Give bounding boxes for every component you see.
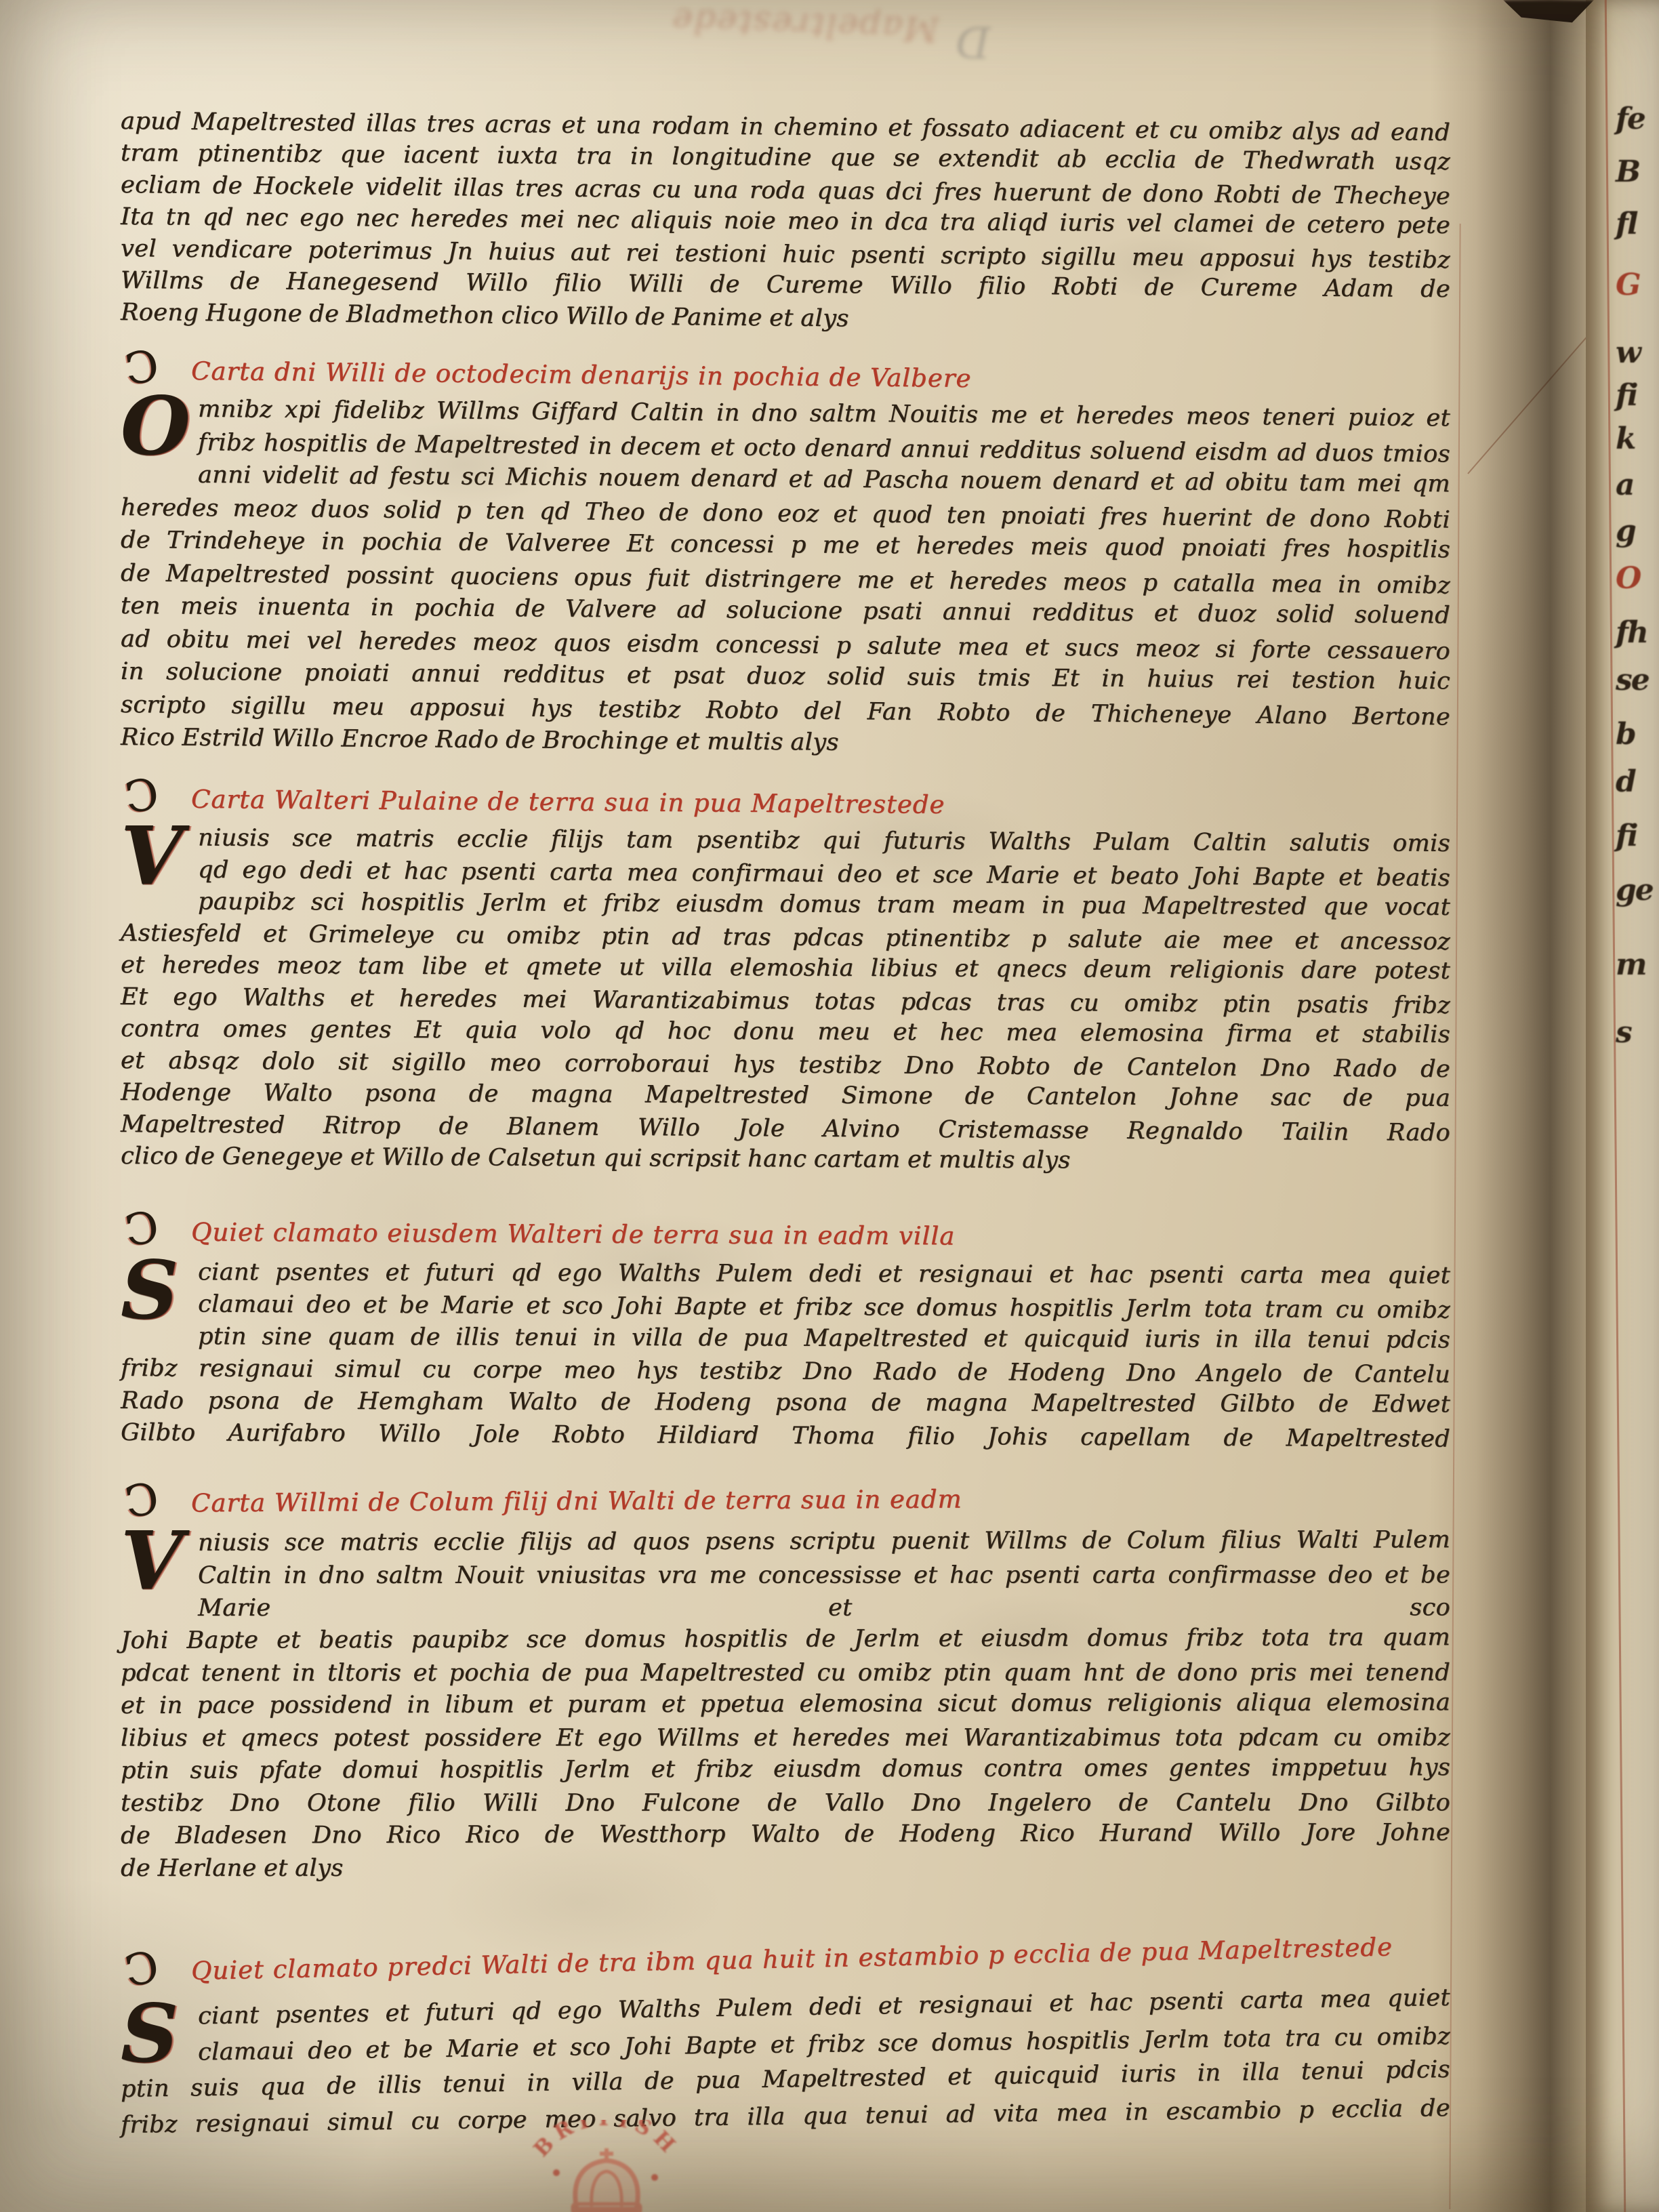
section-lines: apud Mapeltrested illas tres acras et un…: [121, 106, 1450, 329]
facing-page-text-fragment: k: [1616, 422, 1635, 456]
facing-page-text-fragment: G: [1616, 268, 1640, 302]
manuscript-photo: { "page": { "kind": "medieval cartulary …: [0, 0, 1659, 2212]
facing-page-text-fragment: a: [1616, 468, 1634, 502]
charter-section-carta-willi-de-octodecim: CCarta dni Willi de octodecim denarijs i…: [121, 353, 1450, 754]
section-lines: Sciant psentes et futuri qd ego Walths P…: [121, 2000, 1450, 2144]
paraph-icon: C: [122, 773, 161, 819]
facing-page-text-fragment: d: [1616, 764, 1635, 799]
facing-page-text-fragment: b: [1616, 717, 1635, 752]
body-line: paupibz sci hospitlis Jerlm et fribz eiu…: [121, 886, 1450, 924]
rubric-heading: CCarta Walteri Pulaine de terra sua in p…: [121, 781, 1450, 826]
crown-icon: [553, 2148, 658, 2212]
rubric-heading-text: Carta dni Willi de octodecim denarijs in…: [191, 356, 972, 393]
paraph-icon: C: [122, 346, 161, 391]
rubric-heading-text: Quiet clamato eiusdem Walteri de terra s…: [191, 1217, 955, 1250]
facing-page-text-fragment: s: [1616, 1015, 1631, 1050]
charter-section-carta-willmi-de-colum: CCarta Willmi de Colum filij dni Walti d…: [121, 1486, 1450, 1885]
facing-page-text-fragment: fl: [1616, 207, 1637, 241]
body-line: pdcat tenent in tltoris et pochia de pua…: [121, 1656, 1450, 1689]
facing-page-text-fragment: m: [1616, 947, 1646, 982]
paraph-icon: C: [121, 1478, 161, 1523]
body-line: Gilbto Aurifabro Willo Jole Robto Hildia…: [121, 1417, 1450, 1456]
facing-page-text-fragment: g: [1616, 514, 1635, 548]
body-line: niusis sce matris ecclie filijs tam psen…: [121, 822, 1450, 860]
showthrough-text: Mapeltrestede: [670, 1, 939, 49]
charter-section-quieta-clamatio-eiusdem-walteri: CQuiet clamato eiusdem Walteri de terra …: [121, 1214, 1450, 1450]
body-line: et in pace possidend in libum et puram e…: [121, 1686, 1450, 1722]
facing-page-text-fragment: fi: [1616, 819, 1637, 853]
facing-page-text-fragment: B: [1616, 155, 1639, 189]
body-line: niusis sce matris ecclie filijs ad quos …: [121, 1523, 1450, 1559]
facing-page-text-fragment: O: [1616, 561, 1640, 596]
body-line: ptin suis pfate domui hospitlis Jerlm et…: [121, 1751, 1450, 1787]
body-line: et heredes meoz tam libe et qmete ut vil…: [121, 949, 1450, 987]
text-block: apud Mapeltrested illas tres acras et un…: [121, 102, 1450, 2144]
body-line: ptin sine quam de illis tenui in villa d…: [121, 1321, 1450, 1357]
body-line: de Bladesen Dno Rico Rico de Westthorp W…: [121, 1816, 1450, 1852]
body-line: libius et qmecs potest possidere Et ego …: [121, 1721, 1450, 1755]
charter-section-quieta-clamatio-predicti-walti: CQuiet clamato predci Walti de tra ibm q…: [121, 1955, 1450, 2144]
body-line: Rado psona de Hemgham Walto de Hodeng ps…: [121, 1385, 1450, 1421]
body-line: Hodenge Walto psona de magna Mapeltreste…: [121, 1077, 1450, 1115]
charter-section-continuation: apud Mapeltrested illas tres acras et un…: [121, 106, 1450, 329]
ink-showthrough-mark: Mapeltrestede D: [671, 5, 1050, 73]
stamp-graphic: BRITISH: [505, 2120, 708, 2212]
body-line: testibz Dno Otone filio Willi Dno Fulcon…: [121, 1786, 1450, 1820]
rubric-heading: CQuiet clamato eiusdem Walteri de terra …: [121, 1214, 1450, 1256]
british-museum-stamp: BRITISH: [505, 2120, 708, 2212]
rubric-heading-text: Carta Walteri Pulaine de terra sua in pu…: [191, 784, 945, 819]
rubric-heading-text: Quiet clamato predci Walti de tra ibm qu…: [191, 1932, 1393, 1986]
charter-section-carta-walteri-pulaine: CCarta Walteri Pulaine de terra sua in p…: [121, 781, 1450, 1172]
body-line: contra omes gentes Et quia volo qd hoc d…: [121, 1013, 1450, 1051]
paraph-icon: C: [122, 1206, 161, 1252]
body-line: ciant psentes et futuri qd ego Walths Pu…: [121, 1256, 1450, 1292]
paraph-icon: C: [121, 1946, 162, 1992]
body-line: clico de Genegeye et Willo de Calsetun q…: [121, 1141, 1450, 1179]
body-line: Caltin in dno saltm Nouit vniusitas vra …: [121, 1559, 1450, 1624]
facing-page-text-fragment: w: [1616, 335, 1640, 370]
rubric-heading-text: Carta Willmi de Colum filij dni Walti de…: [191, 1484, 962, 1517]
section-lines: Vniusis sce matris ecclie filijs tam pse…: [121, 822, 1450, 1172]
facing-page-text-fragment: fh: [1616, 615, 1647, 650]
facing-page-text-fragment: fi: [1616, 378, 1637, 413]
section-lines: Omnibz xpi fidelibz Willms Giffard Calti…: [121, 392, 1450, 754]
showthrough-ghost-letter: D: [956, 16, 990, 66]
body-line: de Herlane et alys: [121, 1851, 1450, 1885]
facing-page-ruling-line: [1605, 0, 1626, 2212]
rubric-heading: CCarta Willmi de Colum filij dni Walti d…: [121, 1479, 1450, 1521]
rubric-heading: CQuiet clamato predci Walti de tra ibm q…: [120, 1928, 1450, 1990]
section-lines: Sciant psentes et futuri qd ego Walths P…: [121, 1256, 1450, 1450]
facing-page-text-fragment: se: [1616, 663, 1649, 697]
facing-page-text-fragment: ge: [1616, 873, 1653, 907]
facing-page-text-fragment: fe: [1616, 102, 1645, 136]
facing-page-edge: feBflGwfikagOfhsebdfigems: [1586, 0, 1659, 2212]
section-lines: Vniusis sce matris ecclie filijs ad quos…: [121, 1527, 1450, 1885]
body-line: Johi Bapte et beatis paupibz sce domus h…: [121, 1621, 1450, 1657]
